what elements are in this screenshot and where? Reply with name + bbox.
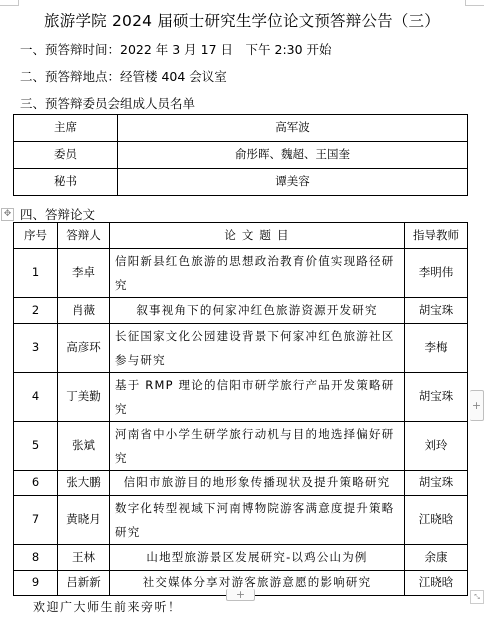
cell-advisor: 刘玲 [405, 422, 468, 471]
table-row: 7 黄晓月 数字化转型视域下河南博物院游客满意度提升策略研究 江晓晗 [14, 496, 468, 545]
cell-number: 4 [14, 373, 58, 422]
cell-number: 1 [14, 249, 58, 298]
cell-advisor: 江晓晗 [405, 496, 468, 545]
cell-number: 9 [14, 571, 58, 596]
add-row-button[interactable]: + [226, 589, 255, 601]
page-corner-mark-top-right [465, 0, 484, 6]
cell-advisor: 李明伟 [405, 249, 468, 298]
committee-members: 谭美容 [118, 169, 468, 196]
cell-advisor: 胡宝珠 [405, 471, 468, 496]
cell-title: 山地型旅游景区发展研究-以鸡公山为例 [110, 545, 405, 571]
cell-advisor: 胡宝珠 [405, 298, 468, 324]
cell-number: 6 [14, 471, 58, 496]
table-resize-handle-icon[interactable]: ⤡ [470, 590, 484, 604]
committee-role: 秘书 [14, 169, 118, 196]
cell-student: 李卓 [58, 249, 110, 298]
theses-table: 序号 答辩人 论 文 题 目 指导教师 1 李卓 信阳新县红色旅游的思想政治教育… [13, 222, 468, 596]
defense-time: 一、预答辩时间：2022 年 3 月 17 日 下午 2:30 开始 [20, 40, 332, 58]
cell-student: 张大鹏 [58, 471, 110, 496]
committee-row: 秘书 谭美容 [14, 169, 468, 196]
cell-advisor: 江晓晗 [405, 571, 468, 596]
cell-title: 基于 RMP 理论的信阳市研学旅行产品开发策略研究 [110, 373, 405, 422]
document-title: 旅游学院 2024 届硕士研究生学位论文预答辩公告（三） [0, 9, 484, 31]
committee-table: 主席 高军波 委员 俞彤晖、魏超、王国奎 秘书 谭美容 [13, 114, 468, 196]
cell-student: 王林 [58, 545, 110, 571]
cell-number: 2 [14, 298, 58, 324]
cell-student: 黄晓月 [58, 496, 110, 545]
header-student: 答辩人 [58, 223, 110, 249]
cell-advisor: 余康 [405, 545, 468, 571]
table-row: 8 王林 山地型旅游景区发展研究-以鸡公山为例 余康 [14, 545, 468, 571]
table-header-row: 序号 答辩人 论 文 题 目 指导教师 [14, 223, 468, 249]
committee-members: 高军波 [118, 115, 468, 142]
committee-heading: 三、预答辩委员会组成人员名单 [20, 94, 195, 112]
cell-title: 数字化转型视域下河南博物院游客满意度提升策略研究 [110, 496, 405, 545]
cell-advisor: 胡宝珠 [405, 373, 468, 422]
cell-title: 信阳新县红色旅游的思想政治教育价值实现路径研究 [110, 249, 405, 298]
cell-number: 5 [14, 422, 58, 471]
cell-student: 高彦环 [58, 324, 110, 373]
table-row: 3 高彦环 长征国家文化公园建设背景下何家冲红色旅游社区参与研究 李梅 [14, 324, 468, 373]
cell-title: 长征国家文化公园建设背景下何家冲红色旅游社区参与研究 [110, 324, 405, 373]
table-row: 1 李卓 信阳新县红色旅游的思想政治教育价值实现路径研究 李明伟 [14, 249, 468, 298]
table-row: 6 张大鹏 信阳市旅游目的地形象传播现状及提升策略研究 胡宝珠 [14, 471, 468, 496]
cell-number: 8 [14, 545, 58, 571]
page-corner-mark-top-left [0, 0, 19, 6]
cell-advisor: 李梅 [405, 324, 468, 373]
committee-row: 主席 高军波 [14, 115, 468, 142]
header-number: 序号 [14, 223, 58, 249]
cell-title: 叙事视角下的何家冲红色旅游资源开发研究 [110, 298, 405, 324]
header-advisor: 指导教师 [405, 223, 468, 249]
cell-title: 信阳市旅游目的地形象传播现状及提升策略研究 [110, 471, 405, 496]
committee-members: 俞彤晖、魏超、王国奎 [118, 142, 468, 169]
table-row: 5 张斌 河南省中小学生研学旅行动机与目的地选择偏好研究 刘玲 [14, 422, 468, 471]
cell-student: 丁美勤 [58, 373, 110, 422]
table-row: 2 肖薇 叙事视角下的何家冲红色旅游资源开发研究 胡宝珠 [14, 298, 468, 324]
defense-location: 二、预答辩地点：经管楼 404 会议室 [20, 67, 227, 85]
cell-student: 张斌 [58, 422, 110, 471]
cell-number: 3 [14, 324, 58, 373]
cell-student: 吕新新 [58, 571, 110, 596]
table-move-handle-icon[interactable]: ✥ [1, 208, 14, 221]
table-row: 4 丁美勤 基于 RMP 理论的信阳市研学旅行产品开发策略研究 胡宝珠 [14, 373, 468, 422]
committee-row: 委员 俞彤晖、魏超、王国奎 [14, 142, 468, 169]
cell-title: 河南省中小学生研学旅行动机与目的地选择偏好研究 [110, 422, 405, 471]
cell-title: 社交媒体分享对游客旅游意愿的影响研究 [110, 571, 405, 596]
welcome-footer: 欢迎广大师生前来旁听！ [33, 598, 182, 615]
committee-role: 委员 [14, 142, 118, 169]
cell-student: 肖薇 [58, 298, 110, 324]
header-title: 论 文 题 目 [110, 223, 405, 249]
add-column-button[interactable]: + [470, 390, 484, 421]
cell-number: 7 [14, 496, 58, 545]
theses-heading: 四、答辩论文 [20, 205, 95, 223]
committee-role: 主席 [14, 115, 118, 142]
